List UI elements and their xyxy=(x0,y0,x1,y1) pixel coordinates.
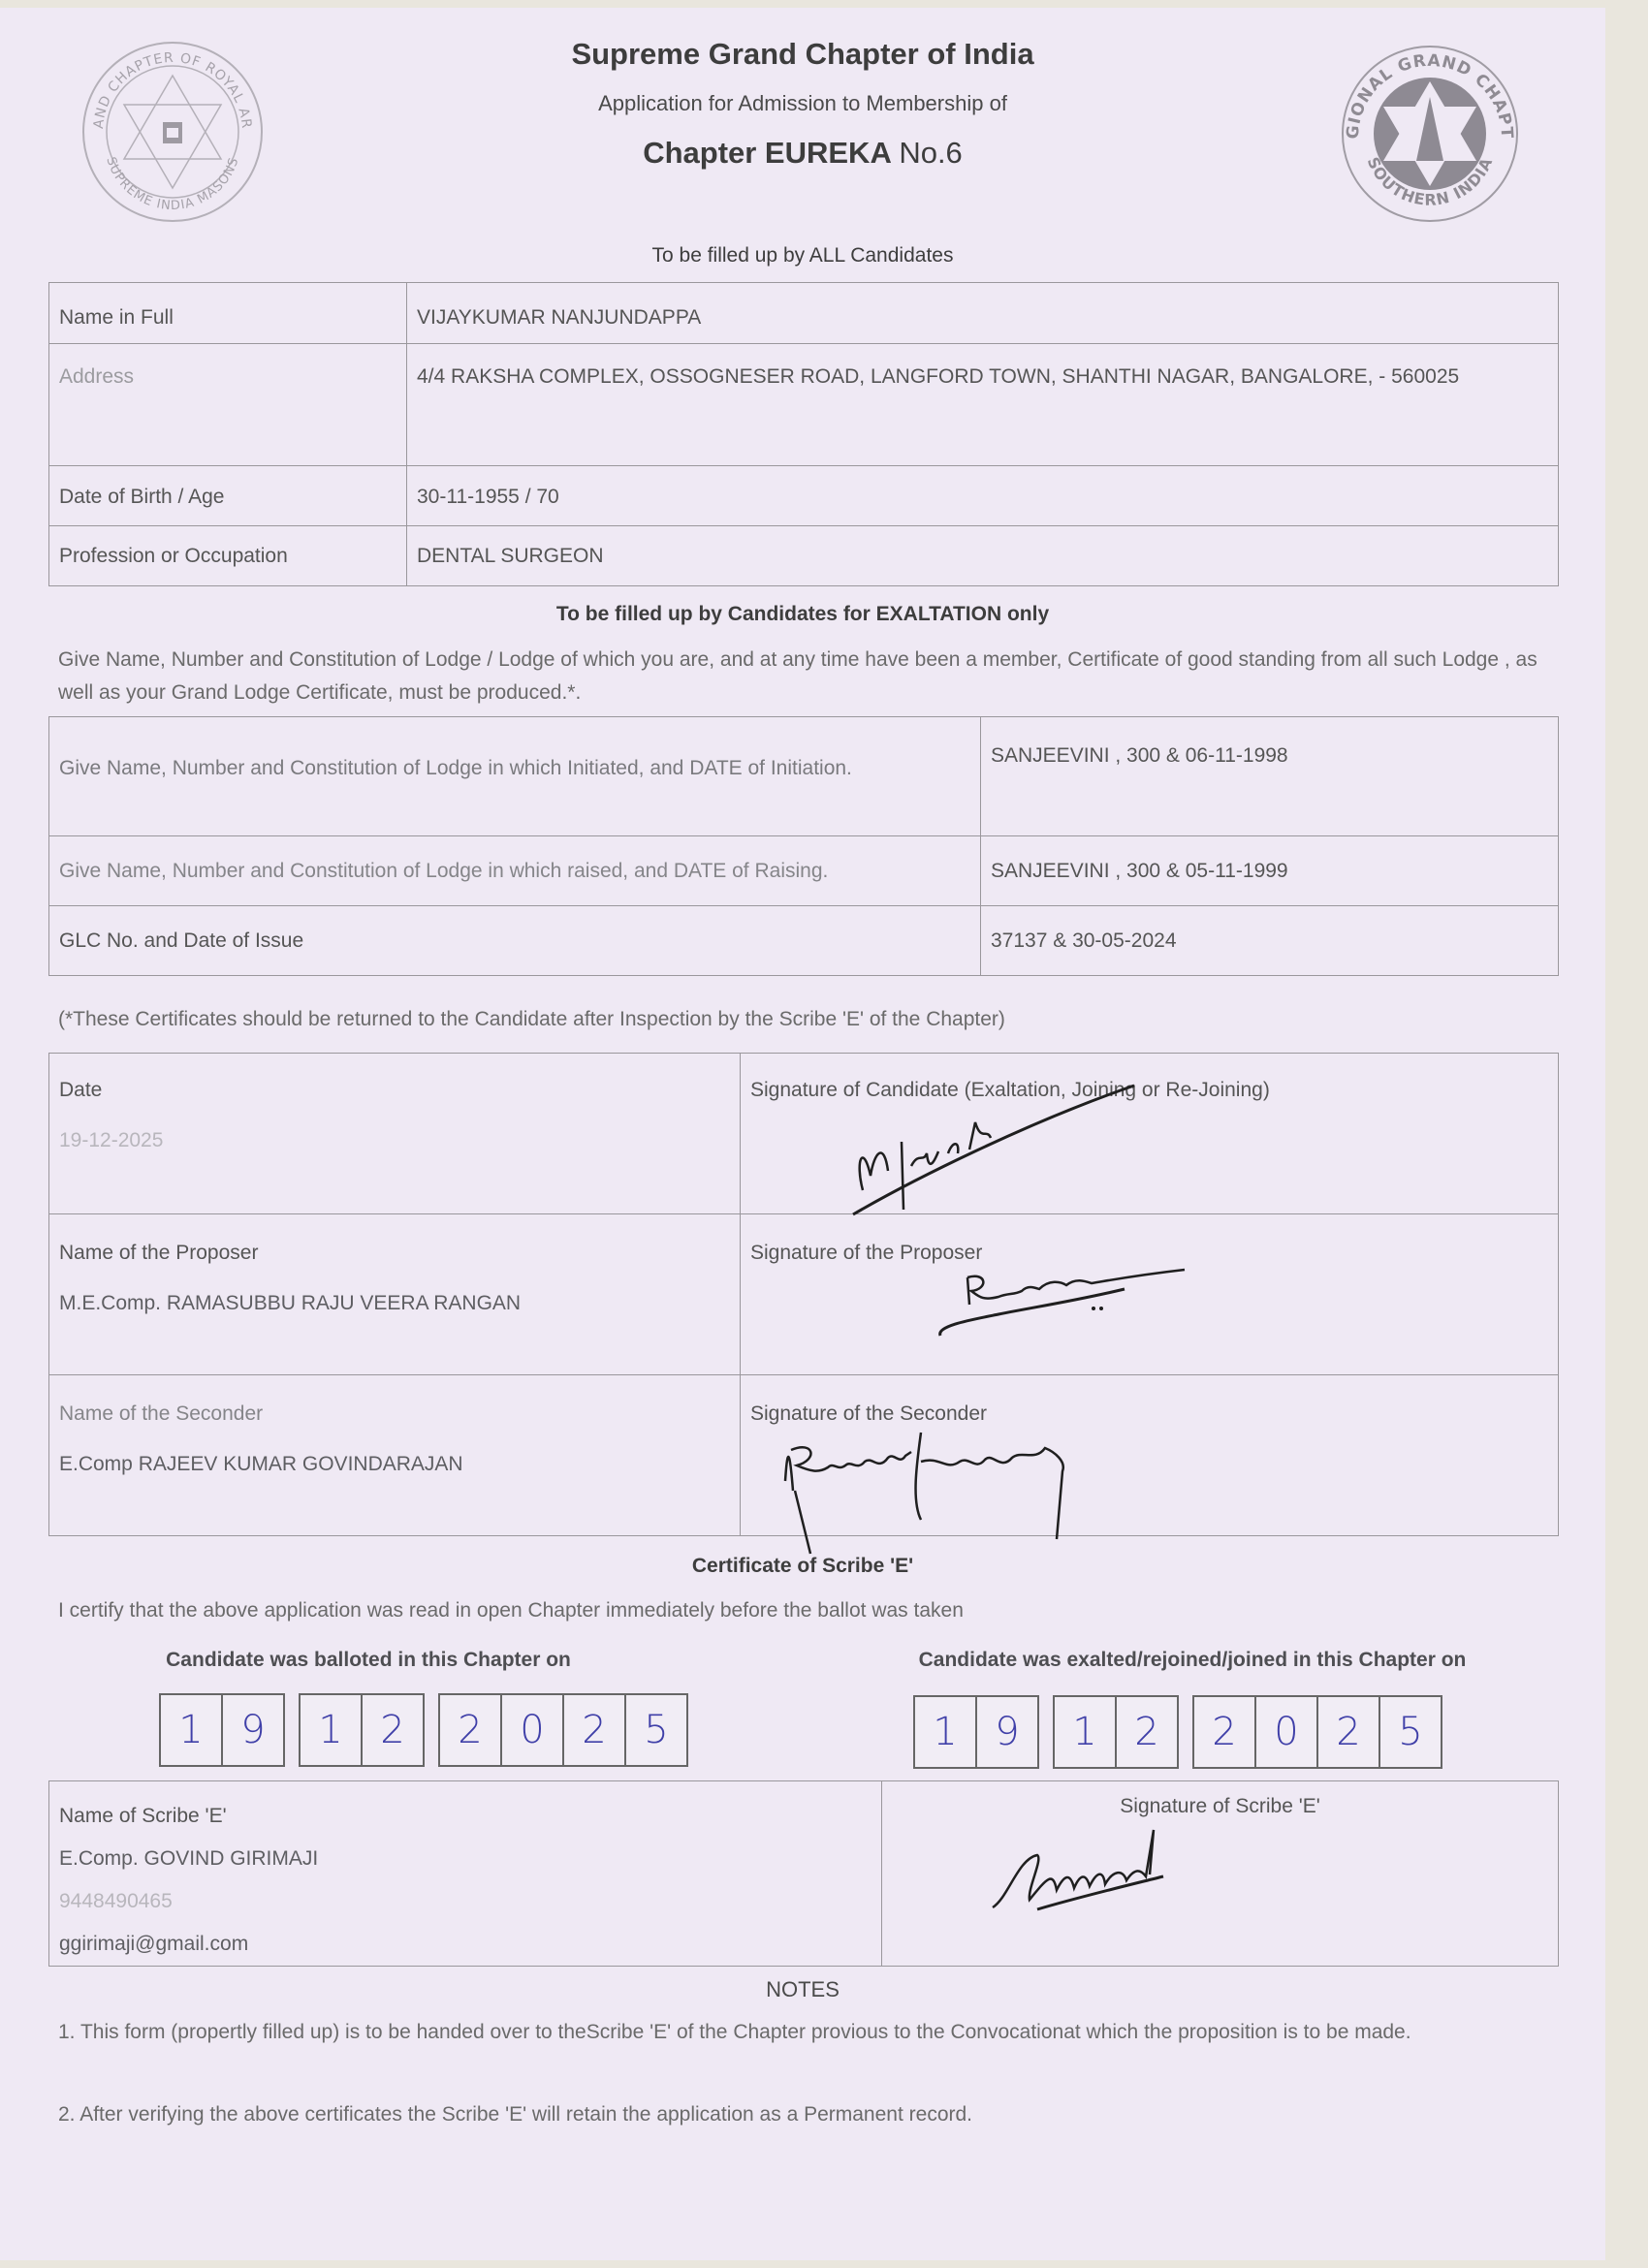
scribe-name-label: Name of Scribe 'E' xyxy=(59,1795,872,1838)
table-row: Date 19-12-2025 Signature of Candidate (… xyxy=(49,1054,1559,1214)
balloted-label: Candidate was balloted in this Chapter o… xyxy=(97,1649,640,1672)
exalted-date-boxes[interactable]: 19122025 xyxy=(913,1695,1442,1769)
date-cell: Date 19-12-2025 xyxy=(49,1054,741,1214)
scribe-name-field[interactable]: E.Comp. GOVIND GIRIMAJI xyxy=(59,1838,872,1880)
date-label: Date xyxy=(59,1079,730,1102)
address-label: Address xyxy=(49,344,407,466)
note-item: 1. This form (propertly filled up) is to… xyxy=(58,2018,1556,2047)
date-digit-box[interactable]: 5 xyxy=(624,1693,688,1767)
table-row: Name of Scribe 'E' E.Comp. GOVIND GIRIMA… xyxy=(49,1781,1559,1967)
exalted-label: Candidate was exalted/rejoined/joined in… xyxy=(853,1649,1532,1672)
table-row: Name of the Proposer M.E.Comp. RAMASUBBU… xyxy=(49,1214,1559,1375)
proposer-name-field[interactable]: M.E.Comp. RAMASUBBU RAJU VEERA RANGAN xyxy=(59,1292,730,1315)
proposer-signature-label: Signature of the Proposer xyxy=(750,1242,1548,1265)
scribe-table: Name of Scribe 'E' E.Comp. GOVIND GIRIMA… xyxy=(48,1780,1559,1967)
name-label: Name in Full xyxy=(49,283,407,344)
initiation-label: Give Name, Number and Constitution of Lo… xyxy=(49,717,981,836)
date-digit-box[interactable]: 0 xyxy=(1254,1695,1316,1769)
table-row: Date of Birth / Age 30-11-1955 / 70 xyxy=(49,466,1559,526)
date-digit-box[interactable]: 2 xyxy=(1192,1695,1254,1769)
proposer-name-cell: Name of the Proposer M.E.Comp. RAMASUBBU… xyxy=(49,1214,741,1375)
seconder-name-label: Name of the Seconder xyxy=(59,1402,730,1426)
table-row: GLC No. and Date of Issue 37137 & 30-05-… xyxy=(49,906,1559,976)
month-group: 12 xyxy=(1053,1695,1179,1769)
scribe-statement: I certify that the above application was… xyxy=(58,1594,1551,1627)
chapter-name: Chapter EUREKA xyxy=(643,136,891,170)
form-page: GRAND CHAPTER OF ROYAL ARCH SUPREME INDI… xyxy=(0,8,1605,2260)
year-group: 2025 xyxy=(1192,1695,1442,1769)
date-digit-box[interactable]: 5 xyxy=(1379,1695,1442,1769)
exaltation-heading: To be filled up by Candidates for EXALTA… xyxy=(0,603,1605,626)
proposer-signature-icon xyxy=(931,1268,1192,1345)
date-digit-box[interactable]: 1 xyxy=(1053,1695,1115,1769)
table-row: Give Name, Number and Constitution of Lo… xyxy=(49,836,1559,906)
application-subtitle: Application for Admission to Membership … xyxy=(0,91,1605,116)
all-candidates-table: Name in Full VIJAYKUMAR NANJUNDAPPA Addr… xyxy=(48,282,1559,586)
date-digit-box[interactable]: 2 xyxy=(1115,1695,1179,1769)
balloted-date-boxes[interactable]: 19122025 xyxy=(159,1693,688,1767)
certificates-footnote: (*These Certificates should be returned … xyxy=(58,1003,1551,1036)
raising-field[interactable]: SANJEEVINI , 300 & 05-11-1999 xyxy=(981,836,1559,906)
scribe-certificate-heading: Certificate of Scribe 'E' xyxy=(0,1555,1605,1578)
date-field[interactable]: 19-12-2025 xyxy=(59,1129,730,1152)
month-group: 12 xyxy=(299,1693,425,1767)
glc-label: GLC No. and Date of Issue xyxy=(49,906,981,976)
date-digit-box[interactable]: 1 xyxy=(299,1693,361,1767)
proposer-name-label: Name of the Proposer xyxy=(59,1242,730,1265)
profession-label: Profession or Occupation xyxy=(49,526,407,586)
scribe-email-field[interactable]: ggirimaji@gmail.com xyxy=(59,1923,872,1966)
date-digit-box[interactable]: 1 xyxy=(159,1693,221,1767)
glc-field[interactable]: 37137 & 30-05-2024 xyxy=(981,906,1559,976)
date-digit-box[interactable]: 2 xyxy=(361,1693,425,1767)
address-field[interactable]: 4/4 RAKSHA COMPLEX, OSSOGNESER ROAD, LAN… xyxy=(407,344,1559,466)
date-digit-box[interactable]: 9 xyxy=(221,1693,285,1767)
scribe-phone-field[interactable]: 9448490465 xyxy=(59,1880,872,1923)
date-digit-box[interactable]: 0 xyxy=(500,1693,562,1767)
candidate-signature-icon xyxy=(834,1084,1154,1219)
exaltation-instructions: Give Name, Number and Constitution of Lo… xyxy=(58,644,1551,709)
lodge-details-table: Give Name, Number and Constitution of Lo… xyxy=(48,716,1559,976)
scribe-signature-label: Signature of Scribe 'E' xyxy=(892,1795,1548,1818)
scribe-signature-cell[interactable]: Signature of Scribe 'E' xyxy=(882,1781,1559,1967)
seconder-signature-icon xyxy=(776,1423,1086,1559)
table-row: Profession or Occupation DENTAL SURGEON xyxy=(49,526,1559,586)
scribe-details-cell: Name of Scribe 'E' E.Comp. GOVIND GIRIMA… xyxy=(49,1781,882,1967)
raising-label: Give Name, Number and Constitution of Lo… xyxy=(49,836,981,906)
organization-title: Supreme Grand Chapter of India xyxy=(0,37,1605,72)
table-row: Name in Full VIJAYKUMAR NANJUNDAPPA xyxy=(49,283,1559,344)
table-row: Give Name, Number and Constitution of Lo… xyxy=(49,717,1559,836)
date-digit-box[interactable]: 2 xyxy=(438,1693,500,1767)
name-field[interactable]: VIJAYKUMAR NANJUNDAPPA xyxy=(407,283,1559,344)
date-digit-box[interactable]: 2 xyxy=(562,1693,624,1767)
date-digit-box[interactable]: 1 xyxy=(913,1695,975,1769)
dob-age-field[interactable]: 30-11-1955 / 70 xyxy=(407,466,1559,526)
notes-heading: NOTES xyxy=(0,1977,1605,2002)
date-digit-box[interactable]: 9 xyxy=(975,1695,1039,1769)
chapter-title: Chapter EUREKA No.6 xyxy=(0,136,1605,171)
year-group: 2025 xyxy=(438,1693,688,1767)
day-group: 19 xyxy=(913,1695,1039,1769)
all-candidates-heading: To be filled up by ALL Candidates xyxy=(0,244,1605,268)
seconder-name-cell: Name of the Seconder E.Comp RAJEEV KUMAR… xyxy=(49,1375,741,1536)
profession-field[interactable]: DENTAL SURGEON xyxy=(407,526,1559,586)
date-digit-box[interactable]: 2 xyxy=(1316,1695,1379,1769)
seconder-name-field[interactable]: E.Comp RAJEEV KUMAR GOVINDARAJAN xyxy=(59,1453,730,1476)
note-item: 2. After verifying the above certificate… xyxy=(58,2098,1556,2131)
dob-age-label: Date of Birth / Age xyxy=(49,466,407,526)
day-group: 19 xyxy=(159,1693,285,1767)
initiation-field[interactable]: SANJEEVINI , 300 & 06-11-1998 xyxy=(981,717,1559,836)
table-row: Address 4/4 RAKSHA COMPLEX, OSSOGNESER R… xyxy=(49,344,1559,466)
chapter-number: No.6 xyxy=(899,136,962,170)
